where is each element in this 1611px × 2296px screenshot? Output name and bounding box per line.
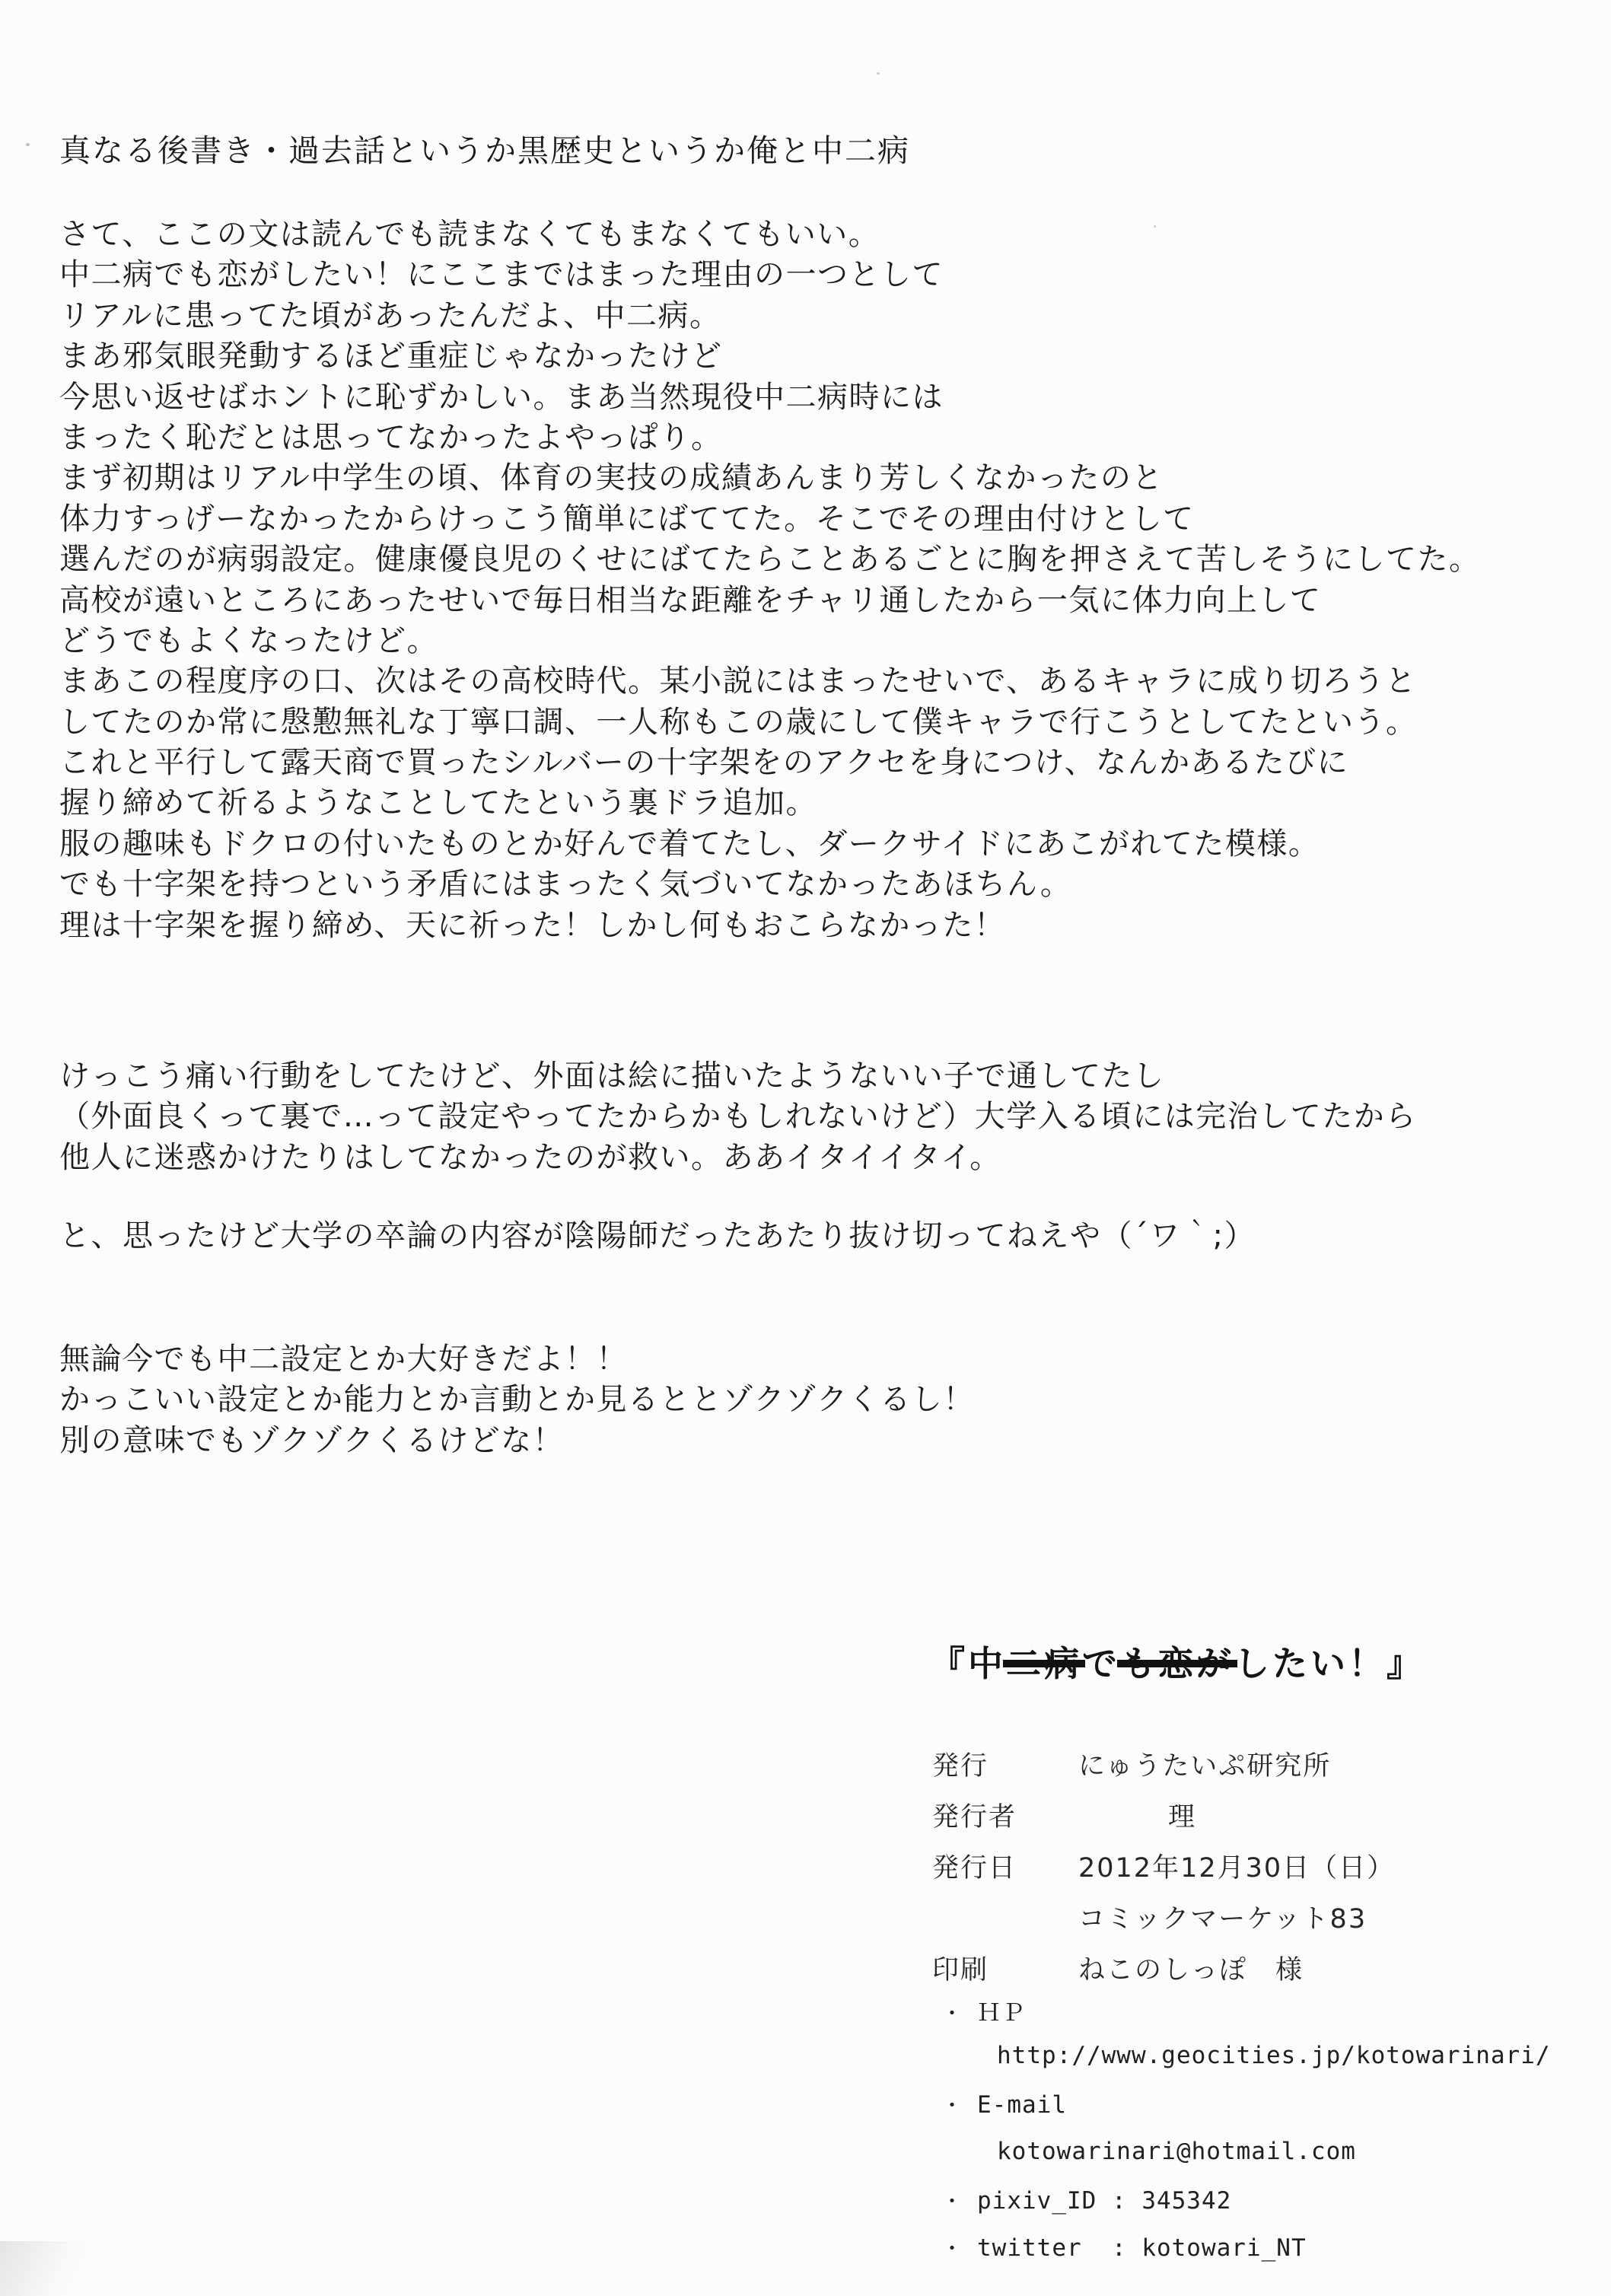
text-line: まあ邪気眼発動するほど重症じゃなかったけど [59, 336, 1481, 377]
afterword-paragraph-3: と、思ったけど大学の卒論の内容が陰陽師だったあたり抜け切ってねえや（´ワ｀;） [59, 1216, 1256, 1256]
contact-hp-label: ・ＨＰ [941, 1993, 1026, 2027]
text-line: これと平行して露天商で買ったシルバーの十字架をのアクセを身につけ、なんかあるたび… [59, 743, 1481, 783]
bullet-marker: ・ [941, 2089, 963, 2119]
contact-label: E-mail [977, 2091, 1067, 2119]
colophon-row-printer: 印刷ねこのしっぽ 様 [932, 1949, 1304, 1987]
text-line: かっこいい設定とか能力とか言動とか見るととゾクゾクくるし！ [59, 1380, 975, 1420]
row-label: 発行 [932, 1745, 1078, 1783]
row-label: 発行日 [932, 1847, 1078, 1885]
contact-label: twitter : kotowari_NT [977, 2234, 1307, 2262]
text-line: 理は十字架を握り締め、天に祈った！しかし何もおこらなかった！ [59, 906, 1481, 946]
text-line: 無論今でも中二設定とか大好きだよ！！ [59, 1339, 975, 1380]
text-line: 握り締めて祈るようなことしてたという裏ドラ追加。 [59, 783, 1481, 823]
row-value: にゅうたいぷ研究所 [1078, 1751, 1331, 1782]
text-line: リアルに患ってた頃があったんだよ、中二病。 [59, 296, 1481, 336]
scan-speck [26, 143, 30, 146]
text-line: でも十字架を持つという矛盾にはまったく気づいてなかったあほちん。 [59, 865, 1481, 905]
afterword-paragraph-4: 無論今でも中二設定とか大好きだよ！！ かっこいい設定とか能力とか言動とか見るとと… [59, 1339, 975, 1461]
contact-email-address: kotowarinari@hotmail.com [997, 2138, 1356, 2165]
contact-label: pixiv_ID : 345342 [977, 2187, 1231, 2215]
text-line: 別の意味でもゾクゾクくるけどな！ [59, 1421, 975, 1461]
text-line: 体力すっげーなかったからけっこう簡単にばててた。そこでその理由付けとして [59, 499, 1481, 540]
text-line: してたのか常に慇懃無礼な丁寧口調、一人称もこの歳にして僕キャラで行こうとしてたと… [59, 702, 1481, 743]
bullet-marker: ・ [941, 2185, 963, 2215]
text-line: と、思ったけど大学の卒論の内容が陰陽師だったあたり抜け切ってねえや（´ワ｀;） [59, 1216, 1256, 1256]
scan-speck [877, 72, 880, 75]
colophon-row-publisher: 発行にゅうたいぷ研究所 [932, 1745, 1331, 1783]
contact-email-label: ・E-mail [941, 2089, 1067, 2119]
text-line: けっこう痛い行動をしてたけど、外面は絵に描いたようないい子で通してたし [59, 1056, 1417, 1097]
scanned-afterword-page: 真なる後書き・過去話というか黒歴史というか俺と中二病 さて、ここの文は読んでも読… [0, 0, 1611, 2296]
text-line: まあこの程度序の口、次はその高校時代。某小説にはまったせいで、あるキャラに成り切… [59, 661, 1481, 702]
scan-speck [1154, 225, 1156, 228]
text-line: 選んだのが病弱設定。健康優良児のくせにばてたらことあるごとに胸を押さえて苦しそう… [59, 540, 1481, 580]
book-title: 『中二病でも恋がしたい！』 [930, 1636, 1425, 1686]
colophon-row-event: コミックマーケット83 [932, 1898, 1367, 1936]
text-line: まず初期はリアル中学生の頃、体育の実技の成績あんまり芳しくなかったのと [59, 458, 1481, 498]
book-title-segment: で [1082, 1643, 1120, 1684]
afterword-paragraph-2: けっこう痛い行動をしてたけど、外面は絵に描いたようないい子で通してたし （外面良… [59, 1056, 1417, 1178]
text-line: まったく恥だとは思ってなかったよやっぱり。 [59, 418, 1481, 458]
afterword-heading: 真なる後書き・過去話というか黒歴史というか俺と中二病 [59, 126, 910, 170]
row-value: 理 [1078, 1802, 1196, 1833]
bullet-marker: ・ [941, 1997, 963, 2027]
colophon-row-date: 発行日2012年12月30日（日） [932, 1847, 1395, 1885]
text-line: どうでもよくなったけど。 [59, 621, 1481, 661]
contact-label: ＨＰ [977, 1999, 1026, 2027]
text-line: 他人に迷惑かけたりはしてなかったのが救い。ああイタイイタイ。 [59, 1138, 1417, 1178]
scan-smudge [0, 2241, 114, 2296]
text-line: さて、ここの文は読んでも読まなくてもまなくてもいい。 [59, 215, 1481, 255]
book-title-struck-segment: も恋が [1120, 1636, 1234, 1686]
text-line: 服の趣味もドクロの付いたものとか好んで着てたし、ダークサイドにあこがれてた模様。 [59, 824, 1481, 865]
contact-pixiv: ・pixiv_ID : 345342 [941, 2185, 1231, 2215]
row-value: ねこのしっぽ 様 [1078, 1955, 1304, 1986]
afterword-paragraph-1: さて、ここの文は読んでも読まなくてもまなくてもいい。 中二病でも恋がしたい！にこ… [59, 215, 1481, 946]
book-title-segment: 『中 [930, 1643, 1006, 1684]
row-label: 印刷 [932, 1949, 1078, 1987]
book-title-segment: したい！』 [1234, 1643, 1425, 1684]
contact-hp-url: http://www.geocities.jp/kotowarinari/ [997, 2042, 1551, 2069]
book-title-struck-segment: 二病 [1006, 1636, 1082, 1686]
text-line: 中二病でも恋がしたい！にここまではまった理由の一つとして [59, 255, 1481, 295]
text-line: 今思い返せばホントに恥ずかしい。まあ当然現役中二病時には [59, 377, 1481, 418]
colophon-row-author: 発行者理 [932, 1796, 1196, 1834]
row-value: コミックマーケット83 [1078, 1904, 1367, 1935]
row-value: 2012年12月30日（日） [1078, 1853, 1395, 1884]
contact-twitter: ・twitter : kotowari_NT [941, 2232, 1307, 2263]
bullet-marker: ・ [941, 2232, 963, 2263]
text-line: 高校が遠いところにあったせいで毎日相当な距離をチャリ通したから一気に体力向上して [59, 581, 1481, 621]
text-line: （外面良くって裏で…って設定やってたからかもしれないけど）大学入る頃には完治して… [59, 1097, 1417, 1137]
row-label: 発行者 [932, 1796, 1078, 1834]
